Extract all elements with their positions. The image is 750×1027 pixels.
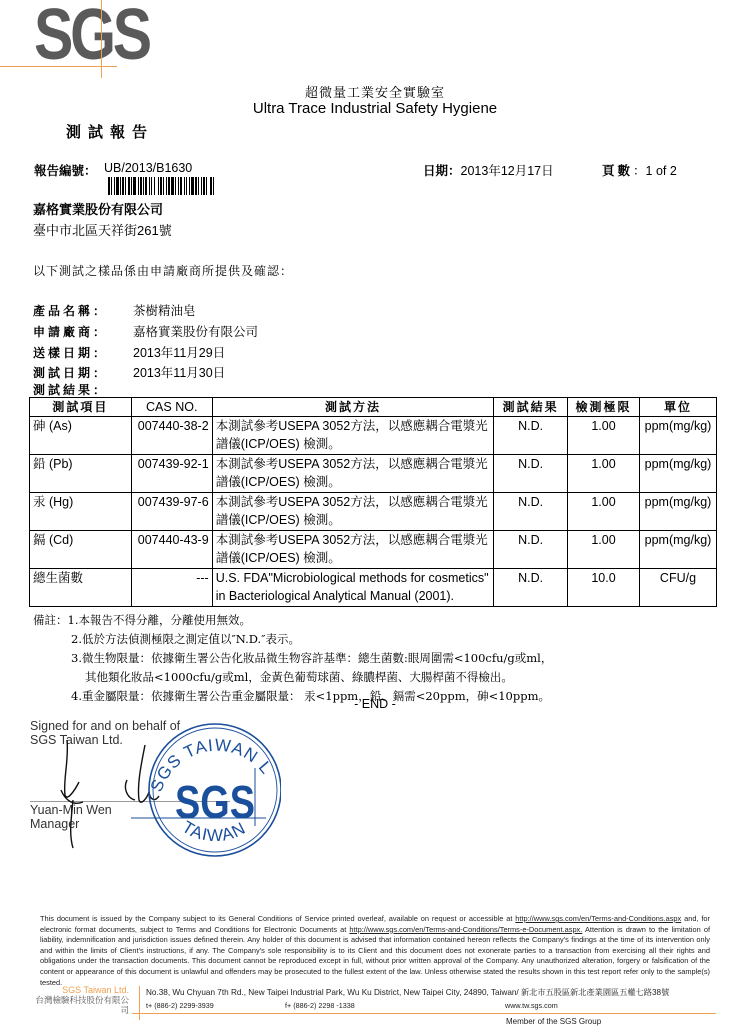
date-label: 日期： (423, 163, 461, 178)
barcode (108, 177, 262, 195)
disclaimer-part-1: This document is issued by the Company s… (40, 914, 515, 923)
report-date: 日期：2013年12月17日 (423, 161, 554, 179)
test-item-cell: 總生菌數 (30, 569, 132, 607)
unit-cell: ppm(mg/kg) (639, 531, 716, 569)
test-result-cell: N.D. (494, 569, 568, 607)
applicant-label: 申請廠商： (33, 323, 108, 340)
footer-telephone: t+ (886-2) 2299-3939 (146, 1001, 214, 1010)
received-date-value: 2013年11月29日 (133, 343, 225, 361)
date-value: 2013年12月17日 (461, 164, 554, 178)
test-result-cell: N.D. (494, 531, 568, 569)
footer-horizontal-line (132, 1013, 716, 1014)
detection-limit-cell: 1.00 (568, 455, 640, 493)
note-3-cont: 其他類化妝品<1000cfu/g或ml，金黃色葡萄球菌、綠膿桿菌、大腸桿菌不得檢… (33, 668, 552, 687)
test-date-value: 2013年11月30日 (133, 363, 225, 381)
header-test-result: 測試結果 (494, 398, 568, 417)
test-results-label: 測試結果： (33, 381, 108, 398)
client-address: 臺中市北區天祥街261號 (33, 220, 172, 239)
report-title: 測試報告 (66, 121, 154, 142)
header-test-item: 測試項目 (30, 398, 132, 417)
footer-brand-cn: 台灣檢驗科技股份有限公司 (34, 995, 129, 1015)
table-row: 鎘 (Cd)007440-43-9本測試參考USEPA 3052方法，以感應耦合… (30, 531, 717, 569)
footer-vertical-line (139, 986, 140, 1020)
table-header-row: 測試項目 CAS NO. 測試方法 測試結果 檢測極限 單位 (30, 398, 717, 417)
note-3: 3.微生物限量：依據衛生署公告化妝品微生物容許基準：總生菌數:眼周圍需<100c… (33, 649, 552, 668)
footer-member: Member of the SGS Group (506, 1017, 601, 1026)
notes-label: 備註： (33, 613, 68, 627)
table-row: 汞 (Hg)007439-97-6本測試參考USEPA 3052方法，以感應耦合… (30, 493, 717, 531)
lab-name-en: Ultra Trace Industrial Safety Hygiene (0, 100, 750, 117)
legal-disclaimer: This document is issued by the Company s… (40, 914, 710, 988)
lab-name-cn: 超微量工業安全實驗室 (0, 82, 750, 101)
results-table: 測試項目 CAS NO. 測試方法 測試結果 檢測極限 單位 砷 (As)007… (29, 397, 717, 607)
cas-no-cell: --- (131, 569, 212, 607)
footer-address: No.38, Wu Chyuan 7th Rd., New Taipei Ind… (146, 987, 669, 998)
test-date-label: 測試日期： (33, 364, 108, 381)
test-method-cell: 本測試參考USEPA 3052方法，以感應耦合電漿光譜儀(ICP/OES) 檢測… (212, 417, 494, 455)
product-name-value: 茶樹精油皂 (133, 301, 196, 319)
header-test-method: 測試方法 (212, 398, 494, 417)
header-cas-no: CAS NO. (131, 398, 212, 417)
cas-no-cell: 007439-92-1 (131, 455, 212, 493)
page-label: 頁數 (602, 163, 633, 178)
test-result-cell: N.D. (494, 493, 568, 531)
header-unit: 單位 (639, 398, 716, 417)
cas-no-cell: 007440-38-2 (131, 417, 212, 455)
test-method-cell: 本測試參考USEPA 3052方法，以感應耦合電漿光譜儀(ICP/OES) 檢測… (212, 531, 494, 569)
test-item-cell: 砷 (As) (30, 417, 132, 455)
intro-text: 以下測試之樣品係由申請廠商所提供及確認： (33, 262, 293, 279)
report-no-label: 報告編號： (34, 161, 97, 179)
table-row: 砷 (As)007440-38-2本測試參考USEPA 3052方法，以感應耦合… (30, 417, 717, 455)
stamp-center-text: SGS (175, 776, 255, 828)
product-name-label: 產品名稱： (33, 302, 108, 319)
detection-limit-cell: 10.0 (568, 569, 640, 607)
logo-horizontal-line (0, 66, 117, 67)
header-detection-limit: 檢測極限 (568, 398, 640, 417)
end-marker: - END - (0, 697, 750, 711)
applicant-value: 嘉格實業股份有限公司 (133, 322, 258, 340)
test-method-cell: 本測試參考USEPA 3052方法，以感應耦合電漿光譜儀(ICP/OES) 檢測… (212, 455, 494, 493)
test-result-cell: N.D. (494, 455, 568, 493)
detection-limit-cell: 1.00 (568, 493, 640, 531)
received-date-label: 送樣日期： (33, 344, 108, 361)
test-item-cell: 汞 (Hg) (30, 493, 132, 531)
page-value: ：1 of 2 (633, 164, 677, 178)
test-result-cell: N.D. (494, 417, 568, 455)
test-item-cell: 鉛 (Pb) (30, 455, 132, 493)
sgs-logo: SGS (34, 2, 144, 68)
test-method-cell: 本測試參考USEPA 3052方法，以感應耦合電漿光譜儀(ICP/OES) 檢測… (212, 493, 494, 531)
footer-brand: SGS Taiwan Ltd. 台灣檢驗科技股份有限公司 (34, 986, 129, 1015)
table-row: 鉛 (Pb)007439-92-1本測試參考USEPA 3052方法，以感應耦合… (30, 455, 717, 493)
unit-cell: ppm(mg/kg) (639, 493, 716, 531)
unit-cell: CFU/g (639, 569, 716, 607)
detection-limit-cell: 1.00 (568, 417, 640, 455)
logo-text: SGS (34, 0, 149, 76)
footer-fax: f+ (886-2) 2298 -1338 (285, 1001, 355, 1010)
cas-no-cell: 007439-97-6 (131, 493, 212, 531)
test-item-cell: 鎘 (Cd) (30, 531, 132, 569)
logo-vertical-line (101, 0, 102, 78)
page-count: 頁數：1 of 2 (602, 161, 677, 179)
note-1: 1.本報告不得分離，分離使用無效。 (68, 613, 251, 627)
test-method-cell: U.S. FDA"Microbiological methods for cos… (212, 569, 494, 607)
unit-cell: ppm(mg/kg) (639, 417, 716, 455)
report-no: UB/2013/B1630 (104, 161, 192, 175)
unit-cell: ppm(mg/kg) (639, 455, 716, 493)
cas-no-cell: 007440-43-9 (131, 531, 212, 569)
terms-link[interactable]: http://www.sgs.com/en/Terms-and-Conditio… (515, 914, 681, 923)
detection-limit-cell: 1.00 (568, 531, 640, 569)
client-company: 嘉格實業股份有限公司 (33, 199, 163, 218)
footer-website[interactable]: www.tw.sgs.com (505, 1001, 558, 1010)
e-document-terms-link[interactable]: http://www.sgs.com/en/Terms-and-Conditio… (349, 925, 582, 934)
table-row: 總生菌數---U.S. FDA"Microbiological methods … (30, 569, 717, 607)
notes: 備註：1.本報告不得分離，分離使用無效。 2.低於方法偵測極限之測定值以″N.D… (33, 611, 552, 706)
footer-brand-en: SGS Taiwan Ltd. (34, 986, 129, 995)
sgs-taiwan-stamp-icon: SGS TAIWAN LTD TAIWAN SGS (131, 718, 281, 858)
note-2: 2.低於方法偵測極限之測定值以″N.D.″表示。 (33, 630, 552, 649)
